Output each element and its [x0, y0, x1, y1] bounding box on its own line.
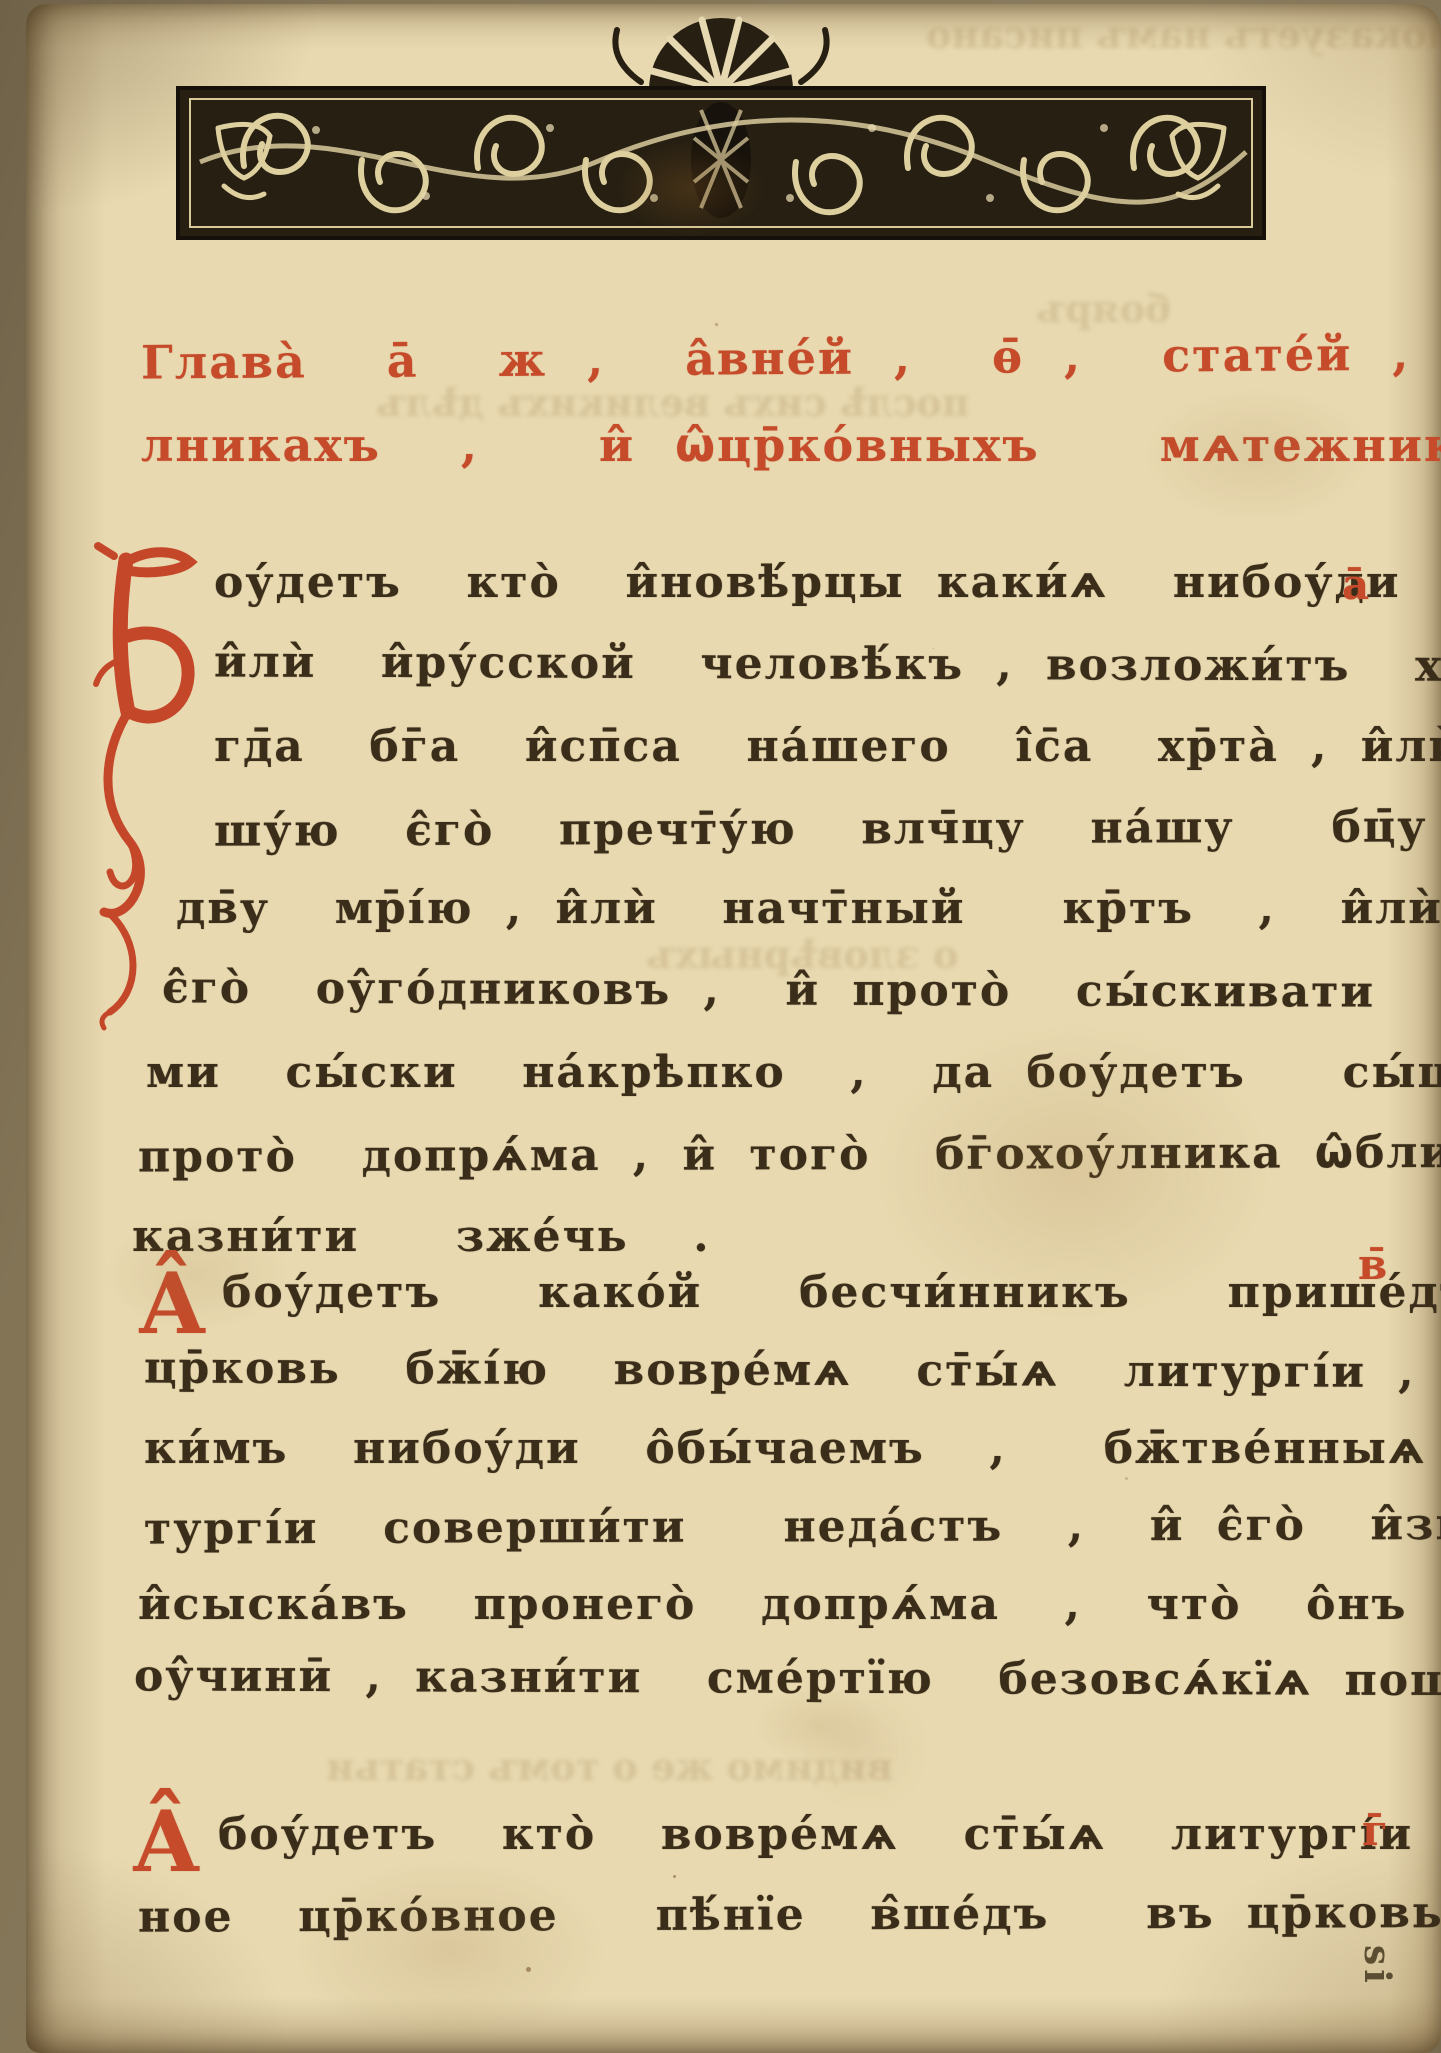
text-line: ми сы́ски на́крѣпко , да боу́детъ сы́щет… — [146, 1046, 1441, 1100]
text-line: прото̀ допрѧ́ма , и̂ того̀ бг̄охоу́лника… — [138, 1125, 1441, 1184]
text-line: казни́ти зже́чь . — [132, 1210, 711, 1264]
drop-cap-initial-A: А̂ — [132, 1804, 200, 1880]
text-line: ки́мъ нибоу́ди о̂бы́чаемъ , бж̄тве́нныѧ … — [144, 1422, 1441, 1476]
corner-foliation-mark: ѕі — [1359, 1945, 1395, 1987]
text-line: шу́ю є̂го̀ пречт̄у́ю влч̄цу на́шу бц̄у и… — [214, 799, 1441, 858]
chapter-heading-line-1: Глава̀ а̄ ж , а̂вне́й , ѳ̄ , стате́й , ѡ… — [141, 324, 1441, 389]
drop-cap-initial-A: А̂ — [138, 1266, 206, 1342]
showthrough-line: бояръ — [1036, 286, 1170, 332]
margin-article-number-1: а̄ — [1342, 564, 1369, 606]
text-line: и̂сыска́въ пронего̀ допрѧ́ма , что̀ о̂нъ… — [138, 1578, 1441, 1632]
text-line: боу́детъ кто̀ вовре́мѧ ст̄ы́ѧ литургі́и … — [218, 1808, 1441, 1862]
headpiece-woodcut-ornament — [166, 10, 1276, 250]
text-line: дв̄у мр̄і́ю , и̂лѝ начт̄ный кр̄тъ , и̂лѝ… — [176, 882, 1441, 936]
text-line: є̂го̀ оу̂го́дниковъ , и̂ прото̀ сы́скива… — [162, 961, 1441, 1020]
text-line: и̂лѝ и̂ру́сской человѣ́къ , возложи́тъ х… — [214, 635, 1441, 694]
text-line: ное цр̄ко́вное пѣ́нїе в̂ше́дъ въ цр̄ковь… — [138, 1885, 1441, 1944]
paper-page: Глава̀ а̄ ж , а̂вне́й , ѳ̄ , стате́й , ѡ… — [26, 4, 1441, 2053]
margin-article-number-3: г̄ — [1362, 1810, 1388, 1852]
text-line: гд̄а бг̄а и̂сп̄са на́шего і̂с̄а хр̄та̀ ,… — [214, 720, 1441, 774]
text-line: оу̂чинӣ , казни́ти сме́ртїю безовсѧ́кїѧ … — [134, 1649, 1441, 1708]
foxing-specks — [26, 4, 31, 9]
showthrough-line: видимо же о томъ статьи — [326, 1744, 893, 1790]
margin-article-number-2: в̄ — [1358, 1244, 1387, 1286]
text-line: тургі́и соверши́ти неда́стъ , и̂ є̂го̀ и… — [144, 1497, 1441, 1556]
chapter-heading-line-2: лникахъ , и̂ ѡ̂цр̄ко́вныхъ мѧтежника́хъ … — [141, 418, 1441, 472]
text-line: боу́детъ како́й бесчи́нникъ прише́дъ въ — [222, 1266, 1441, 1320]
book-page-scan: { "document": { "ink_color": "#3a2d19", … — [0, 0, 1441, 2053]
text-line: оу́детъ кто̀ и̂новѣ́рцы каки́ѧ нибоу́ди … — [214, 556, 1441, 610]
text-line: цр̄ковь бж̄і́ю вовре́мѧ ст̄ы́ѧ литургі́и… — [144, 1341, 1441, 1400]
